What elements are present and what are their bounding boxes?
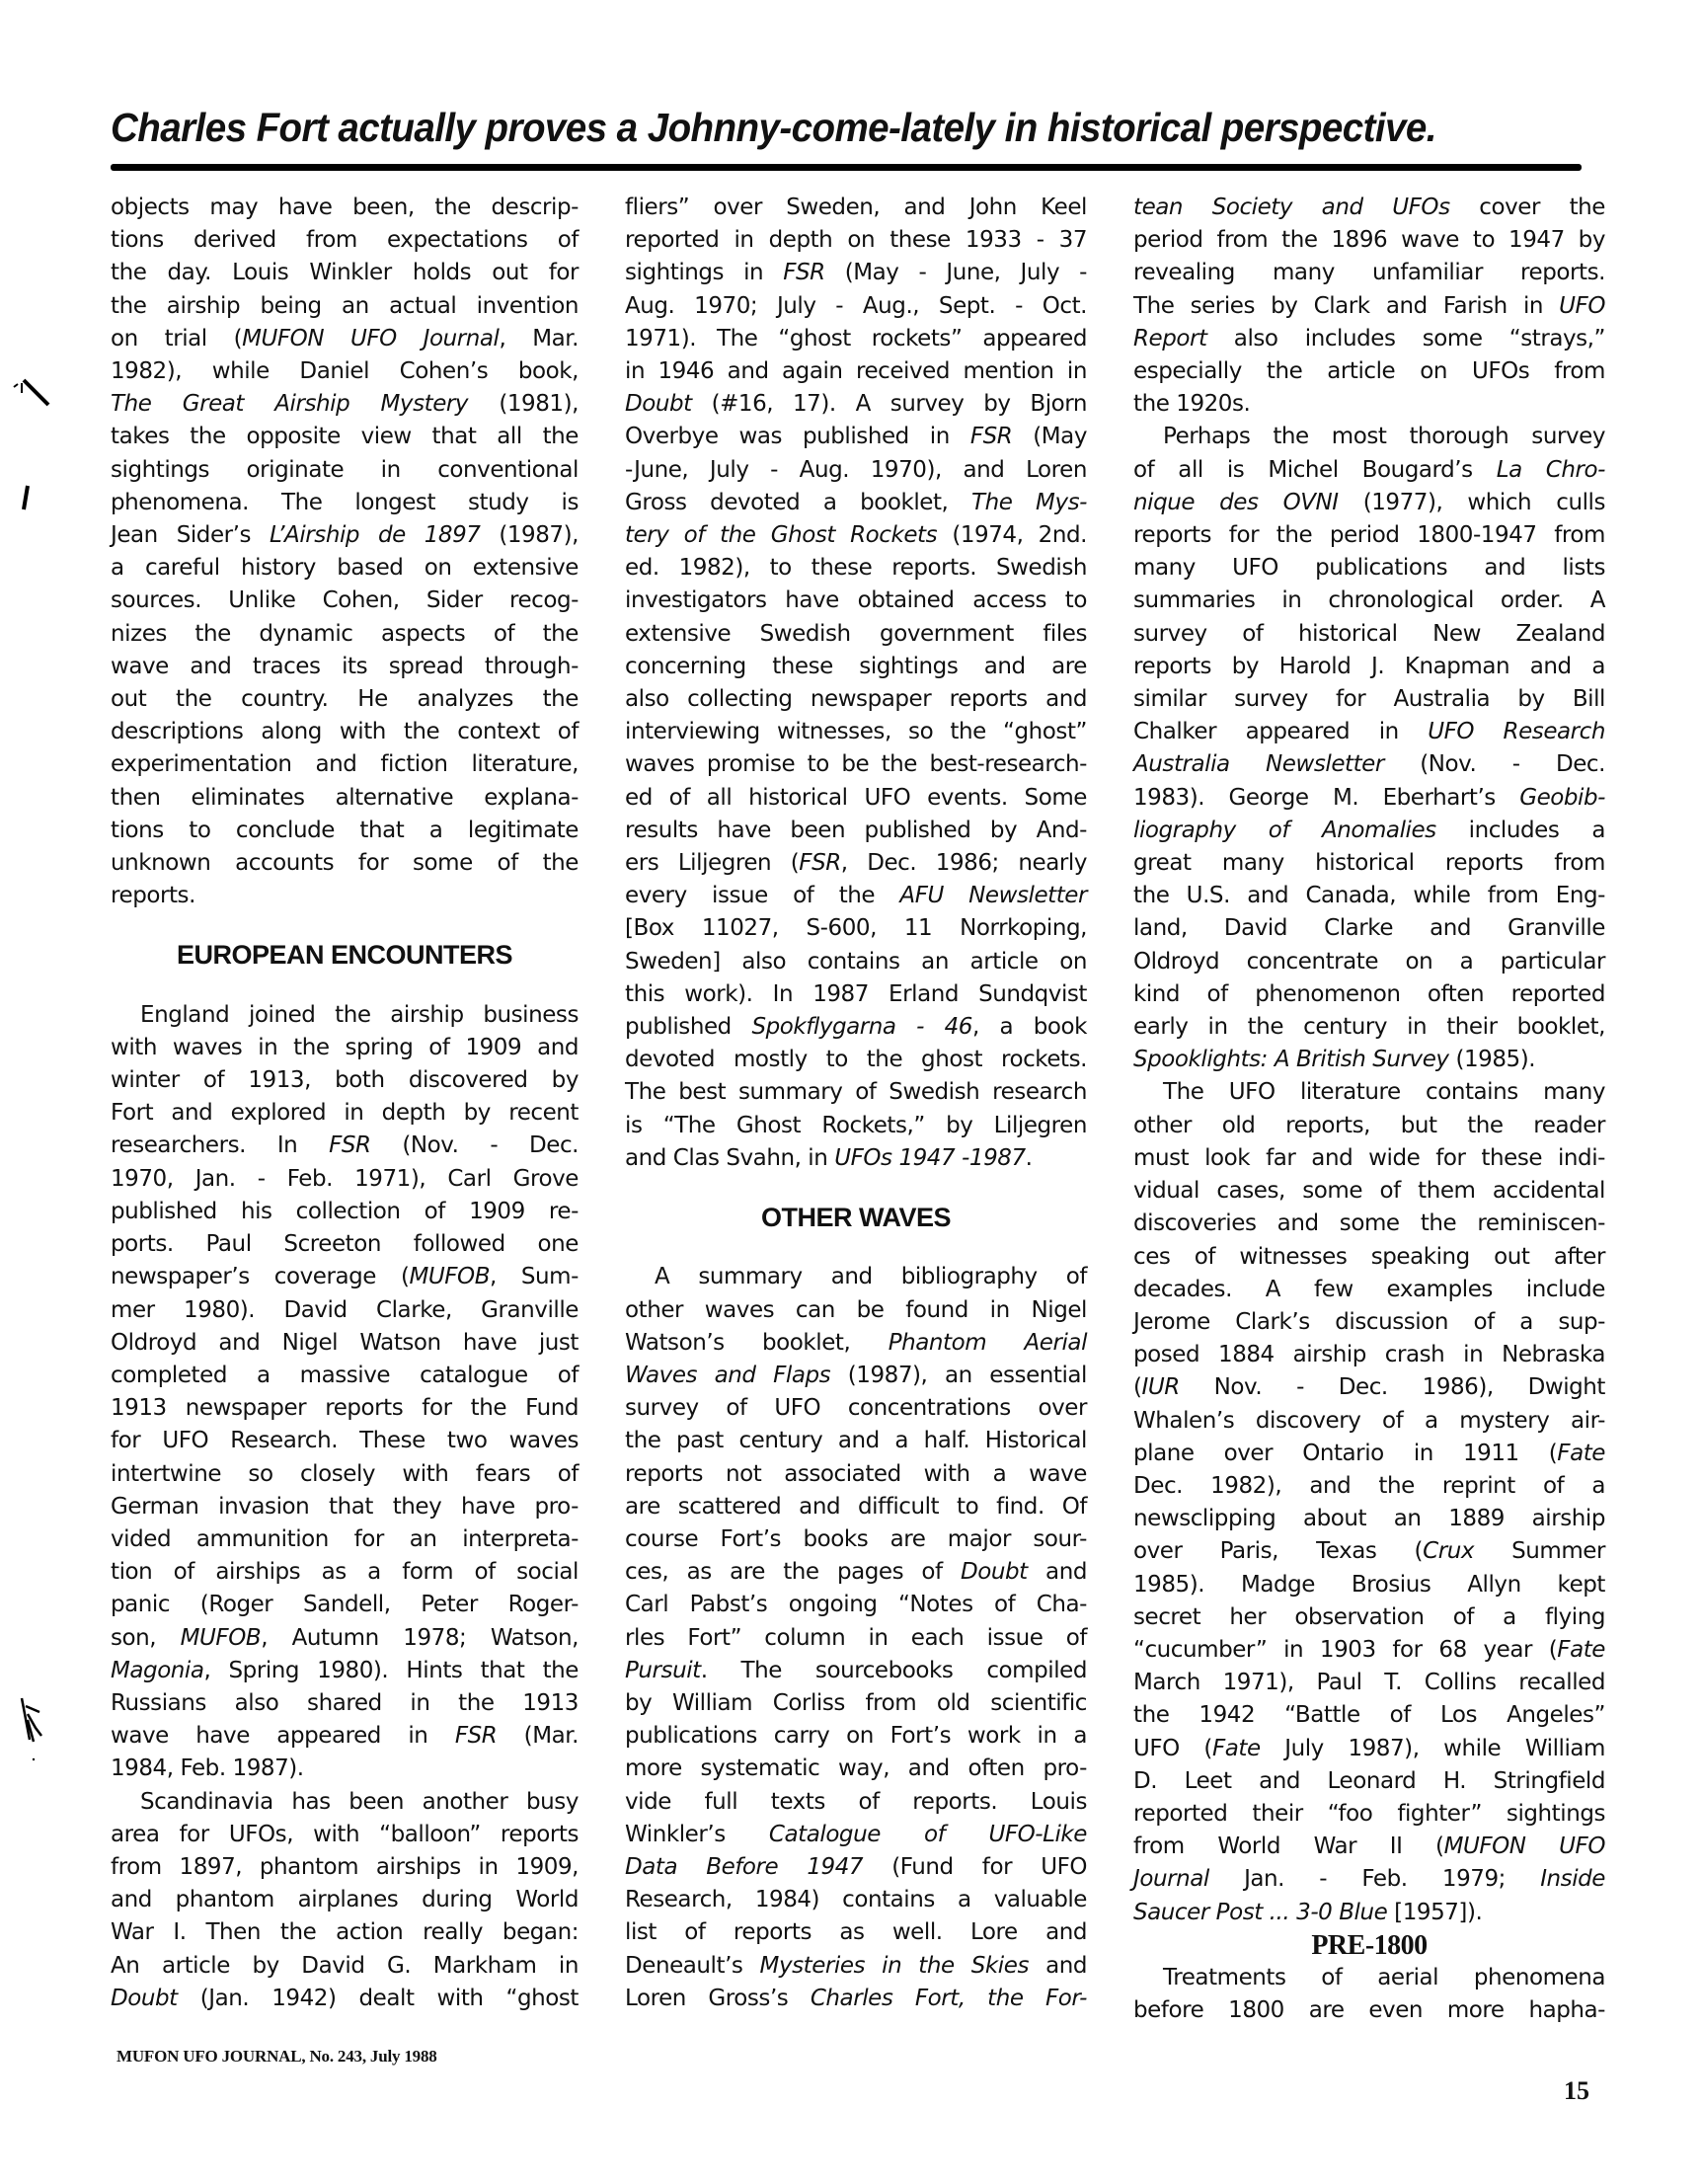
- text-line: tery of the Ghost Rockets (1974, 2nd.: [625, 519, 1087, 552]
- text-line: period from the 1896 wave to 1947 by: [1133, 224, 1605, 257]
- text-line: reports for the period 1800-1947 from: [1133, 519, 1605, 552]
- text-line: great many historical reports from: [1133, 847, 1605, 880]
- text-line: Spooklights: A British Survey (1985).: [1133, 1044, 1605, 1076]
- text-line: objects may have been, the descrip-: [111, 192, 579, 224]
- text-line: 1983). George M. Eberhart’s Geobib-: [1133, 782, 1605, 815]
- text-line: Research, 1984) contains a valuable: [625, 1884, 1087, 1916]
- text-line: Winkler’s Catalogue of UFO-Like: [625, 1819, 1087, 1851]
- text-line: published Spokflygarna - 46, a book: [625, 1011, 1087, 1044]
- text-line: tean Society and UFOs cover the: [1133, 192, 1605, 224]
- text-line: unknown accounts for some of the: [111, 847, 579, 880]
- text-line: with waves in the spring of 1909 and: [111, 1032, 579, 1064]
- text-line: mer 1980). David Clarke, Granville: [111, 1294, 579, 1327]
- text-line: -June, July - Aug. 1970), and Loren: [625, 454, 1087, 487]
- paragraph: Scandinavia has been another busyarea fo…: [111, 1786, 579, 2015]
- text-line: then eliminates alternative explana-: [111, 782, 579, 815]
- margin-figure-icon: [14, 1696, 53, 1765]
- title-rule: [111, 164, 1582, 171]
- paragraph: England joined the airship businesswith …: [111, 999, 579, 1786]
- text-line: list of reports as well. Lore and: [625, 1916, 1087, 1949]
- text-line: Magonia, Spring 1980). Hints that the: [111, 1655, 579, 1687]
- text-line: Oldroyd and Nigel Watson have just: [111, 1327, 579, 1360]
- column-right: tean Society and UFOs cover theperiod fr…: [1133, 192, 1605, 2027]
- text-line: Doubt (#16, 17). A survey by Bjorn: [625, 388, 1087, 421]
- text-line: wave have appeared in FSR (Mar.: [111, 1720, 579, 1753]
- text-line: must look far and wide for these indi-: [1133, 1142, 1605, 1175]
- column-left: objects may have been, the descrip-tions…: [111, 192, 579, 2015]
- text-line: investigators have obtained access to: [625, 585, 1087, 617]
- text-line: Russians also shared in the 1913: [111, 1687, 579, 1720]
- text-line: are scattered and difficult to find. Of: [625, 1491, 1087, 1523]
- text-line: Fort and explored in depth by recent: [111, 1097, 579, 1130]
- text-line: Data Before 1947 (Fund for UFO: [625, 1851, 1087, 1884]
- text-line: A summary and bibliography of: [625, 1261, 1087, 1293]
- text-line: Jerome Clark’s discussion of a sup-: [1133, 1306, 1605, 1339]
- text-line: ed of all historical UFO events. Some: [625, 782, 1087, 815]
- text-line: Carl Pabst’s ongoing “Notes of Cha-: [625, 1589, 1087, 1621]
- text-line: reports.: [111, 880, 579, 912]
- text-line: An article by David G. Markham in: [111, 1950, 579, 1983]
- text-line: Treatments of aerial phenomena: [1133, 1962, 1605, 1994]
- text-line: Perhaps the most thorough survey: [1133, 421, 1605, 453]
- text-line: researchers. In FSR (Nov. - Dec.: [111, 1130, 579, 1162]
- text-line: Pursuit. The sourcebooks compiled: [625, 1655, 1087, 1687]
- text-line: extensive Swedish government files: [625, 618, 1087, 651]
- text-line: 1985). Madge Brosius Allyn kept: [1133, 1569, 1605, 1601]
- text-line: concerning these sightings and are: [625, 651, 1087, 683]
- text-line: “cucumber” in 1903 for 68 year (Fate: [1133, 1634, 1605, 1667]
- text-line: Watson’s booklet, Phantom Aerial: [625, 1327, 1087, 1360]
- text-line: The best summary of Swedish research: [625, 1076, 1087, 1109]
- text-line: kind of phenomenon often reported: [1133, 978, 1605, 1011]
- section-heading-pre-1800: PRE-1800: [1133, 1929, 1605, 1962]
- text-line: other waves can be found in Nigel: [625, 1294, 1087, 1327]
- text-line: waves promise to be the best-research-: [625, 748, 1087, 781]
- text-line: Jean Sider’s L’Airship de 1897 (1987),: [111, 519, 579, 552]
- column-middle: fliers” over Sweden, and John Keelreport…: [625, 192, 1087, 2015]
- text-line: German invasion that they have pro-: [111, 1491, 579, 1523]
- text-line: from World War II (MUFON UFO: [1133, 1831, 1605, 1863]
- text-line: [Box 11027, S-600, 11 Norrkoping,: [625, 912, 1087, 945]
- text-line: Loren Gross’s Charles Fort, the For-: [625, 1983, 1087, 2015]
- text-line: The series by Clark and Farish in UFO: [1133, 290, 1605, 323]
- text-line: posed 1884 airship crash in Nebraska: [1133, 1339, 1605, 1371]
- text-line: similar survey for Australia by Bill: [1133, 683, 1605, 716]
- text-line: descriptions along with the context of: [111, 716, 579, 748]
- text-line: (IUR Nov. - Dec. 1986), Dwight: [1133, 1371, 1605, 1404]
- text-line: takes the opposite view that all the: [111, 421, 579, 453]
- page-number: 15: [1564, 2076, 1589, 2106]
- text-line: Australia Newsletter (Nov. - Dec.: [1133, 748, 1605, 781]
- text-line: tions to conclude that a legitimate: [111, 815, 579, 847]
- text-line: experimentation and fiction literature,: [111, 748, 579, 781]
- text-line: son, MUFOB, Autumn 1978; Watson,: [111, 1622, 579, 1655]
- text-line: Deneault’s Mysteries in the Skies and: [625, 1950, 1087, 1983]
- text-line: every issue of the AFU Newsletter: [625, 880, 1087, 912]
- text-line: over Paris, Texas (Crux Summer: [1133, 1535, 1605, 1568]
- text-line: land, David Clarke and Granville: [1133, 912, 1605, 945]
- text-line: interviewing witnesses, so the “ghost”: [625, 716, 1087, 748]
- paragraph: Perhaps the most thorough surveyof all i…: [1133, 421, 1605, 1076]
- paragraph: tean Society and UFOs cover theperiod fr…: [1133, 192, 1605, 421]
- text-line: ers Liljegren (FSR, Dec. 1986; nearly: [625, 847, 1087, 880]
- page-title: Charles Fort actually proves a Johnny-co…: [111, 103, 1503, 152]
- text-line: phenomena. The longest study is: [111, 487, 579, 519]
- text-line: survey of historical New Zealand: [1133, 618, 1605, 651]
- text-line: intertwine so closely with fears of: [111, 1458, 579, 1491]
- text-line: the day. Louis Winkler holds out for: [111, 257, 579, 289]
- text-line: and phantom airplanes during World: [111, 1884, 579, 1916]
- text-line: wave and traces its spread through-: [111, 651, 579, 683]
- text-line: Doubt (Jan. 1942) dealt with “ghost: [111, 1983, 579, 2015]
- text-line: Overbye was published in FSR (May: [625, 421, 1087, 453]
- text-line: the 1942 “Battle of Los Angeles”: [1133, 1699, 1605, 1732]
- text-line: sightings originate in conventional: [111, 454, 579, 487]
- text-line: UFO (Fate July 1987), while William: [1133, 1733, 1605, 1765]
- text-line: early in the century in their booklet,: [1133, 1011, 1605, 1044]
- section-heading-other-waves: OTHER WAVES: [625, 1202, 1087, 1234]
- text-line: results have been published by And-: [625, 815, 1087, 847]
- text-line: survey of UFO concentrations over: [625, 1392, 1087, 1425]
- text-line: England joined the airship business: [111, 999, 579, 1032]
- text-line: is “The Ghost Rockets,” by Liljegren: [625, 1110, 1087, 1142]
- text-line: more systematic way, and often pro-: [625, 1753, 1087, 1785]
- margin-scribble-icon: [4, 375, 63, 513]
- text-line: for UFO Research. These two waves: [111, 1425, 579, 1457]
- text-line: completed a massive catalogue of: [111, 1360, 579, 1392]
- text-line: vided ammunition for an interpreta-: [111, 1523, 579, 1556]
- text-line: newsclipping about an 1889 airship: [1133, 1503, 1605, 1535]
- text-line: revealing many unfamiliar reports.: [1133, 257, 1605, 289]
- text-line: in 1946 and again received mention in: [625, 355, 1087, 388]
- text-line: ed. 1982), to these reports. Swedish: [625, 552, 1087, 585]
- text-line: before 1800 are even more hapha-: [1133, 1994, 1605, 2027]
- text-line: Report also includes some “strays,”: [1133, 323, 1605, 355]
- section-heading-european-encounters: EUROPEAN ENCOUNTERS: [111, 939, 579, 972]
- text-line: the airship being an actual invention: [111, 290, 579, 323]
- text-line: out the country. He analyzes the: [111, 683, 579, 716]
- text-line: March 1971), Paul T. Collins recalled: [1133, 1667, 1605, 1699]
- text-line: sources. Unlike Cohen, Sider recog-: [111, 585, 579, 617]
- text-line: of all is Michel Bougard’s La Chro-: [1133, 454, 1605, 487]
- text-line: tion of airships as a form of social: [111, 1556, 579, 1589]
- text-line: 1971). The “ghost rockets” appeared: [625, 323, 1087, 355]
- text-line: published his collection of 1909 re-: [111, 1196, 579, 1228]
- text-line: vide full texts of reports. Louis: [625, 1786, 1087, 1819]
- text-line: other old reports, but the reader: [1133, 1110, 1605, 1142]
- text-line: Journal Jan. - Feb. 1979; Inside: [1133, 1863, 1605, 1896]
- text-line: reports by Harold J. Knapman and a: [1133, 651, 1605, 683]
- text-line: Scandinavia has been another busy: [111, 1786, 579, 1819]
- journal-footer: MUFON UFO JOURNAL, No. 243, July 1988: [116, 2047, 437, 2067]
- text-line: secret her observation of a flying: [1133, 1601, 1605, 1634]
- text-line: fliers” over Sweden, and John Keel: [625, 192, 1087, 224]
- text-line: Oldroyd concentrate on a particular: [1133, 946, 1605, 978]
- text-line: especially the article on UFOs from: [1133, 355, 1605, 388]
- text-line: winter of 1913, both discovered by: [111, 1064, 579, 1097]
- text-line: Chalker appeared in UFO Research: [1133, 716, 1605, 748]
- text-line: ces of witnesses speaking out after: [1133, 1241, 1605, 1274]
- text-line: area for UFOs, with “balloon” reports: [111, 1819, 579, 1851]
- text-line: decades. A few examples include: [1133, 1274, 1605, 1306]
- text-line: reported in depth on these 1933 - 37: [625, 224, 1087, 257]
- text-line: summaries in chronological order. A: [1133, 585, 1605, 617]
- text-line: D. Leet and Leonard H. Stringfield: [1133, 1765, 1605, 1798]
- text-line: plane over Ontario in 1911 (Fate: [1133, 1438, 1605, 1470]
- text-line: 1970, Jan. - Feb. 1971), Carl Grove: [111, 1163, 579, 1196]
- text-line: this work). In 1987 Erland Sundqvist: [625, 978, 1087, 1011]
- paragraph: Treatments of aerial phenomenabefore 180…: [1133, 1962, 1605, 2027]
- text-line: liography of Anomalies includes a: [1133, 815, 1605, 847]
- text-line: newspaper’s coverage (MUFOB, Sum-: [111, 1261, 579, 1293]
- text-line: devoted mostly to the ghost rockets.: [625, 1044, 1087, 1076]
- text-line: the past century and a half. Historical: [625, 1425, 1087, 1457]
- text-line: the 1920s.: [1133, 388, 1605, 421]
- text-line: The UFO literature contains many: [1133, 1076, 1605, 1109]
- paragraph: The UFO literature contains manyother ol…: [1133, 1076, 1605, 1928]
- paragraph: objects may have been, the descrip-tions…: [111, 192, 579, 912]
- text-line: reports not associated with a wave: [625, 1458, 1087, 1491]
- text-line: nizes the dynamic aspects of the: [111, 618, 579, 651]
- text-line: on trial (MUFON UFO Journal, Mar.: [111, 323, 579, 355]
- text-line: panic (Roger Sandell, Peter Roger-: [111, 1589, 579, 1621]
- paragraph: A summary and bibliography ofother waves…: [625, 1261, 1087, 2015]
- text-line: from 1897, phantom airships in 1909,: [111, 1851, 579, 1884]
- text-line: War I. Then the action really began:: [111, 1916, 579, 1949]
- text-line: a careful history based on extensive: [111, 552, 579, 585]
- text-line: 1984, Feb. 1987).: [111, 1753, 579, 1785]
- text-line: many UFO publications and lists: [1133, 552, 1605, 585]
- paragraph: fliers” over Sweden, and John Keelreport…: [625, 192, 1087, 1175]
- text-line: ces, as are the pages of Doubt and: [625, 1556, 1087, 1589]
- text-line: tions derived from expectations of: [111, 224, 579, 257]
- text-line: vidual cases, some of them accidental: [1133, 1175, 1605, 1208]
- text-line: Dec. 1982), and the reprint of a: [1133, 1470, 1605, 1503]
- text-line: The Great Airship Mystery (1981),: [111, 388, 579, 421]
- text-line: reported their “foo fighter” sightings: [1133, 1798, 1605, 1831]
- text-line: Saucer Post ... 3-0 Blue [1957]).: [1133, 1897, 1605, 1929]
- text-line: the U.S. and Canada, while from Eng-: [1133, 880, 1605, 912]
- text-line: Sweden] also contains an article on: [625, 946, 1087, 978]
- text-line: also collecting newspaper reports and: [625, 683, 1087, 716]
- text-line: and Clas Svahn, in UFOs 1947 -1987.: [625, 1142, 1087, 1175]
- text-line: course Fort’s books are major sour-: [625, 1523, 1087, 1556]
- text-line: by William Corliss from old scientific: [625, 1687, 1087, 1720]
- text-line: ports. Paul Screeton followed one: [111, 1228, 579, 1261]
- text-line: Aug. 1970; July - Aug., Sept. - Oct.: [625, 290, 1087, 323]
- text-line: discoveries and some the reminiscen-: [1133, 1208, 1605, 1240]
- text-line: nique des OVNI (1977), which culls: [1133, 487, 1605, 519]
- text-line: Whalen’s discovery of a mystery air-: [1133, 1405, 1605, 1438]
- text-line: publications carry on Fort’s work in a: [625, 1720, 1087, 1753]
- text-line: 1913 newspaper reports for the Fund: [111, 1392, 579, 1425]
- text-line: 1982), while Daniel Cohen’s book,: [111, 355, 579, 388]
- text-line: sightings in FSR (May - June, July -: [625, 257, 1087, 289]
- text-line: Gross devoted a booklet, The Mys-: [625, 487, 1087, 519]
- text-line: rles Fort” column in each issue of: [625, 1622, 1087, 1655]
- text-line: Waves and Flaps (1987), an essential: [625, 1360, 1087, 1392]
